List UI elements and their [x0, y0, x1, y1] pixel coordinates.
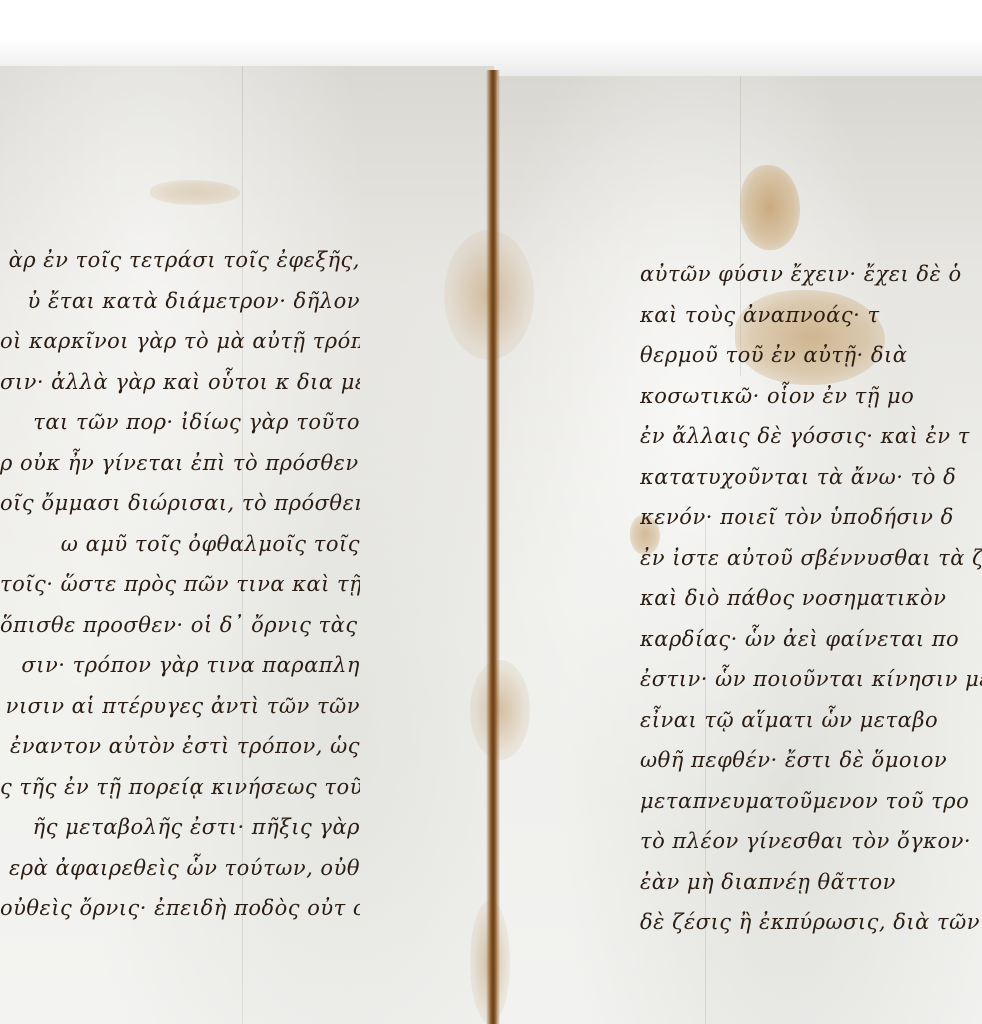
gutter-stain-middle — [470, 660, 530, 760]
text-line: ἐν ἄλλαις δὲ γόσσις· καὶ ἐν τ — [640, 416, 982, 457]
water-stain-left-top — [150, 180, 240, 205]
text-line: ται τῶν πορ· ἰδίως γὰρ τοῦτο — [0, 402, 360, 443]
text-line: καρδίας· ὧν ἀεὶ φαίνεται πο — [640, 619, 982, 660]
text-line: νισιν αἱ πτέρυγες ἀντὶ τῶν τῶν — [0, 686, 360, 727]
text-line: σιν· τρόπον γὰρ τινα παραπλη — [0, 645, 360, 686]
text-line: κενόν· ποιεῖ τὸν ὑποδήσιν δ — [640, 497, 982, 538]
text-line: ἐναντον αὐτὸν ἐστὶ τρόπον, ὡς — [0, 726, 360, 767]
water-stain-top-right — [740, 165, 800, 250]
text-line: ερὰ ἀφαιρεθεὶς ὧν τούτων, οὐθ — [0, 848, 360, 889]
text-line: οὐθεὶς ὄρνις· ἐπειδὴ ποδὸς οὐτ ος — [0, 888, 360, 929]
text-line: ς τῆς ἐν τῇ πορείᾳ κινήσεως τοῦτ οις — [0, 767, 360, 808]
left-page-text: ὰρ ἐν τοῖς τετράσι τοῖς ἐφεξῆς, ὐ ἔται κ… — [0, 240, 360, 929]
text-line: τὸ πλέον γίνεσθαι τὸν ὄγκον· — [640, 821, 982, 862]
text-line: ὰρ ἐν τοῖς τετράσι τοῖς ἐφεξῆς, — [0, 240, 360, 281]
text-line: οῖς ὄμμασι διώρισαι, τὸ πρόσθεν — [0, 483, 360, 524]
text-line: εἶναι τῷ αἵματι ὧν μεταβο — [640, 700, 982, 741]
text-line: ἐστιν· ὧν ποιοῦνται κίνησιν με — [640, 659, 982, 700]
text-line: αὐτῶν φύσιν ἔχειν· ἔχει δὲ ὁ — [640, 254, 982, 295]
text-line: μεταπνευματοῦμενον τοῦ τρο — [640, 781, 982, 822]
text-line: ὅπισθε προσθεν· οἱ δ᾽ ὄρνις τὰς κε — [0, 605, 360, 646]
text-line: ῆς μεταβολῆς ἐστι· πῆξις γὰρ — [0, 807, 360, 848]
text-line: ω αμῦ τοῖς ὀφθαλμοῖς τοῖς — [0, 524, 360, 565]
text-line: ρ οὐκ ἦν γίνεται ἐπὶ τὸ πρόσθεν τῶν — [0, 443, 360, 484]
text-line: τοῖς· ὥστε πρὸς πῶν τινα καὶ τῇ — [0, 564, 360, 605]
text-line: οὶ καρκῖνοι γὰρ τὸ μὰ αὐτῇ τρόπον — [0, 321, 360, 362]
text-line: θερμοῦ τοῦ ἐν αὐτῇ· διὰ — [640, 335, 982, 376]
gutter-fold — [486, 70, 500, 1024]
text-line: ἐν ἰστε αὐτοῦ σβέννυσθαι τὰ ζῶ — [640, 538, 982, 579]
text-line: κατατυχοῦνται τὰ ἄνω· τὸ δ — [640, 457, 982, 498]
text-line: σιν· ἀλλὰ γὰρ καὶ οὗτοι κ δια με — [0, 362, 360, 403]
text-line: ὐ ἔται κατὰ διάμετρον· δῆλον — [0, 281, 360, 322]
text-line: κοσωτικῶ· οἷον ἐν τῇ μο — [640, 376, 982, 417]
text-line: καὶ τοὺς ἀναπνοάς· τ — [640, 295, 982, 336]
text-line: δὲ ζέσις ἢ ἐκπύρωσις, διὰ τῶν — [640, 902, 982, 943]
text-line: ωθῆ πεφθέν· ἔστι δὲ ὅμοιον — [640, 740, 982, 781]
text-line: καὶ διὸ πάθος νοσηματικὸν — [640, 578, 982, 619]
text-line: ἐὰν μὴ διαπνέῃ θᾶττον — [640, 862, 982, 903]
right-page-text: αὐτῶν φύσιν ἔχειν· ἔχει δὲ ὁ καὶ τοὺς ἀν… — [640, 254, 982, 943]
